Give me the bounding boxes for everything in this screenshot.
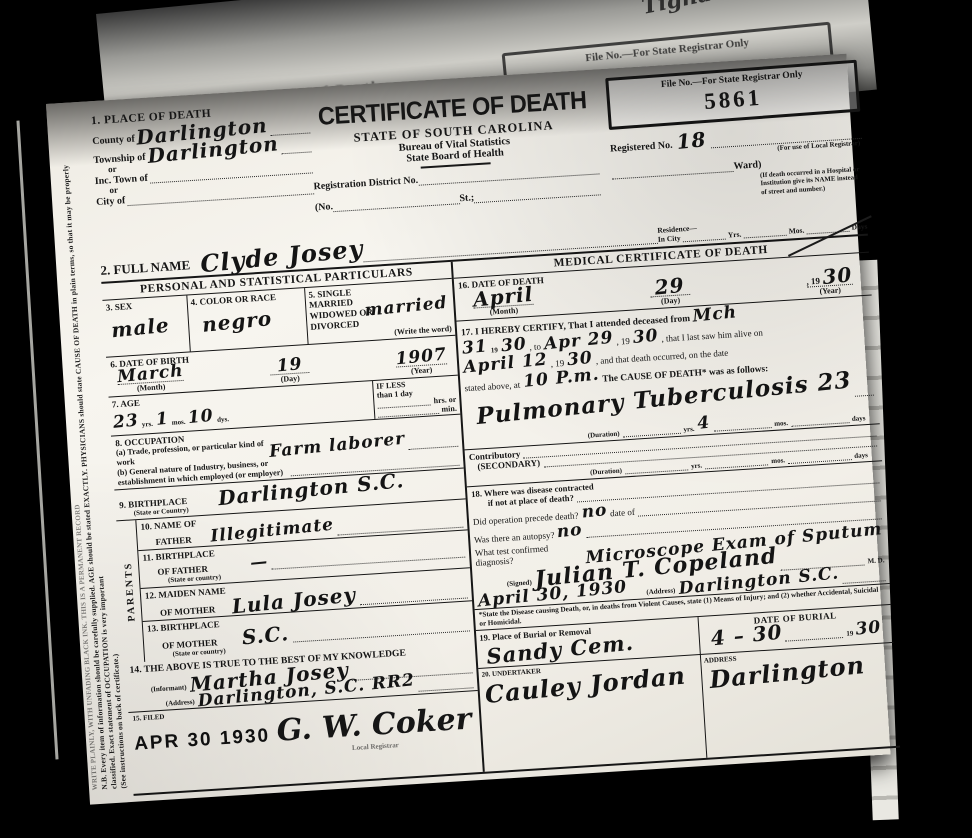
- dod-day-value: 29: [654, 275, 685, 296]
- contributory-duration-label: (Duration): [590, 466, 622, 476]
- if-less-box: IF LESS than 1 day hrs. or min.: [372, 376, 460, 419]
- contributory-duration-line-2: [705, 457, 769, 469]
- yrs-label: Yrs.: [728, 229, 742, 239]
- yrs-line: [743, 229, 787, 238]
- parents-vertical-label: PARENTS: [123, 562, 138, 623]
- certify-row: 17. I HEREBY CERTIFY, That I attended de…: [456, 295, 880, 450]
- form-body: PERSONAL AND STATISTICAL PARTICULARS 3. …: [101, 235, 900, 796]
- marital-field: 5. SINGLE MARRIED WIDOWED OR DIVORCED ma…: [304, 278, 455, 343]
- dob-day-value: 19: [276, 357, 303, 375]
- sex-value: male: [110, 315, 170, 339]
- registration-district-label: Registration District No.: [313, 175, 418, 193]
- mos-label: Mos.: [788, 225, 804, 235]
- certify-from-day: 31: [461, 339, 488, 357]
- burial-date-line: [785, 631, 844, 642]
- file-number-box: File No.—For State Registrar Only 5861: [605, 60, 860, 130]
- title-divider: [421, 162, 491, 168]
- age-days-caption: dys.: [217, 416, 229, 425]
- burial-year-prefix: 19: [846, 630, 853, 638]
- dod-month-value: April: [472, 284, 534, 308]
- title-block: CERTIFICATE OF DEATH STATE OF SOUTH CARO…: [308, 76, 603, 242]
- certificate-content: 1. PLACE OF DEATH County of Darlington T…: [86, 52, 911, 802]
- duration-line-1: [622, 426, 680, 437]
- age-days-value: 10: [188, 409, 215, 427]
- age-years-value: 23: [112, 413, 139, 431]
- certify-stated-label: stated above, at: [464, 380, 520, 393]
- background-file-box-label: File No.—For State Registrar Only: [585, 37, 750, 65]
- background-handwriting: Tignan: [639, 0, 729, 20]
- certify-y2-prefix: , 19: [616, 336, 630, 347]
- scanned-death-certificate: Tignan of Death File No.—For State Regis…: [0, 0, 972, 838]
- informant-address-label: (Address): [166, 698, 195, 708]
- burial-year-value: 30: [855, 620, 882, 638]
- ward-line: [611, 163, 734, 179]
- full-name-label: 2. FULL NAME: [100, 257, 191, 279]
- duration-label: (Duration): [588, 429, 620, 439]
- duration-value: 4: [697, 416, 711, 432]
- father-name-label-2: FATHER: [155, 534, 192, 546]
- question-18-row: 18. Where was disease contracted if not …: [467, 461, 890, 611]
- physician-address-line: [842, 574, 886, 584]
- days-label: Days: [851, 221, 867, 231]
- filed-date-stamp: APR 30 1930: [134, 725, 271, 756]
- street-line: [474, 187, 601, 203]
- contributory-yrs-label: yrs.: [691, 461, 703, 470]
- sex-label: 3. SEX: [105, 297, 183, 312]
- marital-value: married: [364, 295, 448, 318]
- personal-particulars-column: PERSONAL AND STATISTICAL PARTICULARS 3. …: [101, 261, 484, 793]
- duration-line-2: [713, 420, 771, 431]
- age-months-value: 1: [155, 412, 169, 428]
- street-no-label: (No.: [315, 201, 334, 213]
- street-no-line: [333, 196, 460, 212]
- certify-from-value: Mch: [692, 305, 738, 325]
- hospital-note: (If death occurred in a Hospital or Inst…: [760, 166, 865, 198]
- undertaker-address-field: ADDRESS Darlington: [699, 643, 900, 758]
- age-months-caption: mos.: [172, 418, 186, 427]
- operation-value: no: [581, 503, 608, 521]
- dod-year-value: 30: [822, 265, 853, 286]
- duration-yrs-label: yrs.: [683, 425, 695, 434]
- certify-y2-value: 30: [632, 328, 659, 346]
- duration-mos-label: mos.: [774, 419, 788, 428]
- physician-address-label: (Address): [646, 587, 675, 597]
- ward-label: Ward): [733, 159, 761, 172]
- street-label: St.;: [459, 192, 474, 204]
- undertaker-field: 20. UNDERTAKER Cauley Jordan: [478, 655, 706, 771]
- mos-line: [806, 225, 850, 234]
- place-of-death-block: 1. PLACE OF DEATH County of Darlington T…: [90, 94, 317, 255]
- city-label: City of: [96, 195, 126, 208]
- color-race-field: 4. COLOR OR RACE negro: [186, 288, 307, 351]
- certificate-paper: WRITE PLAINLY, WITH UNFADING BLACK INK. …: [46, 54, 890, 805]
- contributory-mos-label: mos.: [771, 456, 785, 465]
- contributory-duration-line-1: [625, 463, 689, 475]
- age-years-caption: yrs.: [142, 420, 154, 429]
- mother-name-label-2: OF MOTHER: [160, 604, 216, 617]
- date-of-label: date of: [610, 507, 635, 519]
- certify-time-value: 10 P.m.: [522, 368, 600, 391]
- duration-line-3: [791, 415, 849, 426]
- parents-section: PARENTS 10. NAME OF FATHER Illegitimate …: [116, 500, 474, 663]
- registered-no-value: 18: [675, 130, 706, 151]
- dob-year-value: 1907: [395, 347, 448, 367]
- mother-bp-value: S.C.: [241, 624, 290, 647]
- father-bp-value: —: [250, 554, 269, 571]
- contributory-days-label: days: [854, 451, 868, 460]
- autopsy-value: no: [557, 523, 584, 541]
- informant-address-line: [418, 681, 473, 692]
- color-race-value: negro: [201, 309, 273, 334]
- duration-days-label: days: [852, 414, 866, 423]
- cause-line: [855, 388, 874, 397]
- dod-year-prefix: , 19: [806, 275, 820, 286]
- medical-certificate-column: MEDICAL CERTIFICATE OF DEATH 16. DATE OF…: [453, 235, 901, 772]
- sex-field: 3. SEX male: [102, 295, 189, 356]
- registrar-block: File No.—For State Registrar Only 5861 R…: [593, 59, 866, 223]
- in-city-line: [682, 233, 726, 242]
- md-label: M. D.: [867, 556, 884, 565]
- min-label: min.: [441, 404, 457, 414]
- registration-district-line: [418, 166, 600, 186]
- burial-date-value: 4 – 30: [710, 623, 783, 648]
- in-city-label: In City: [658, 233, 681, 243]
- contributory-duration-line-3: [788, 452, 852, 464]
